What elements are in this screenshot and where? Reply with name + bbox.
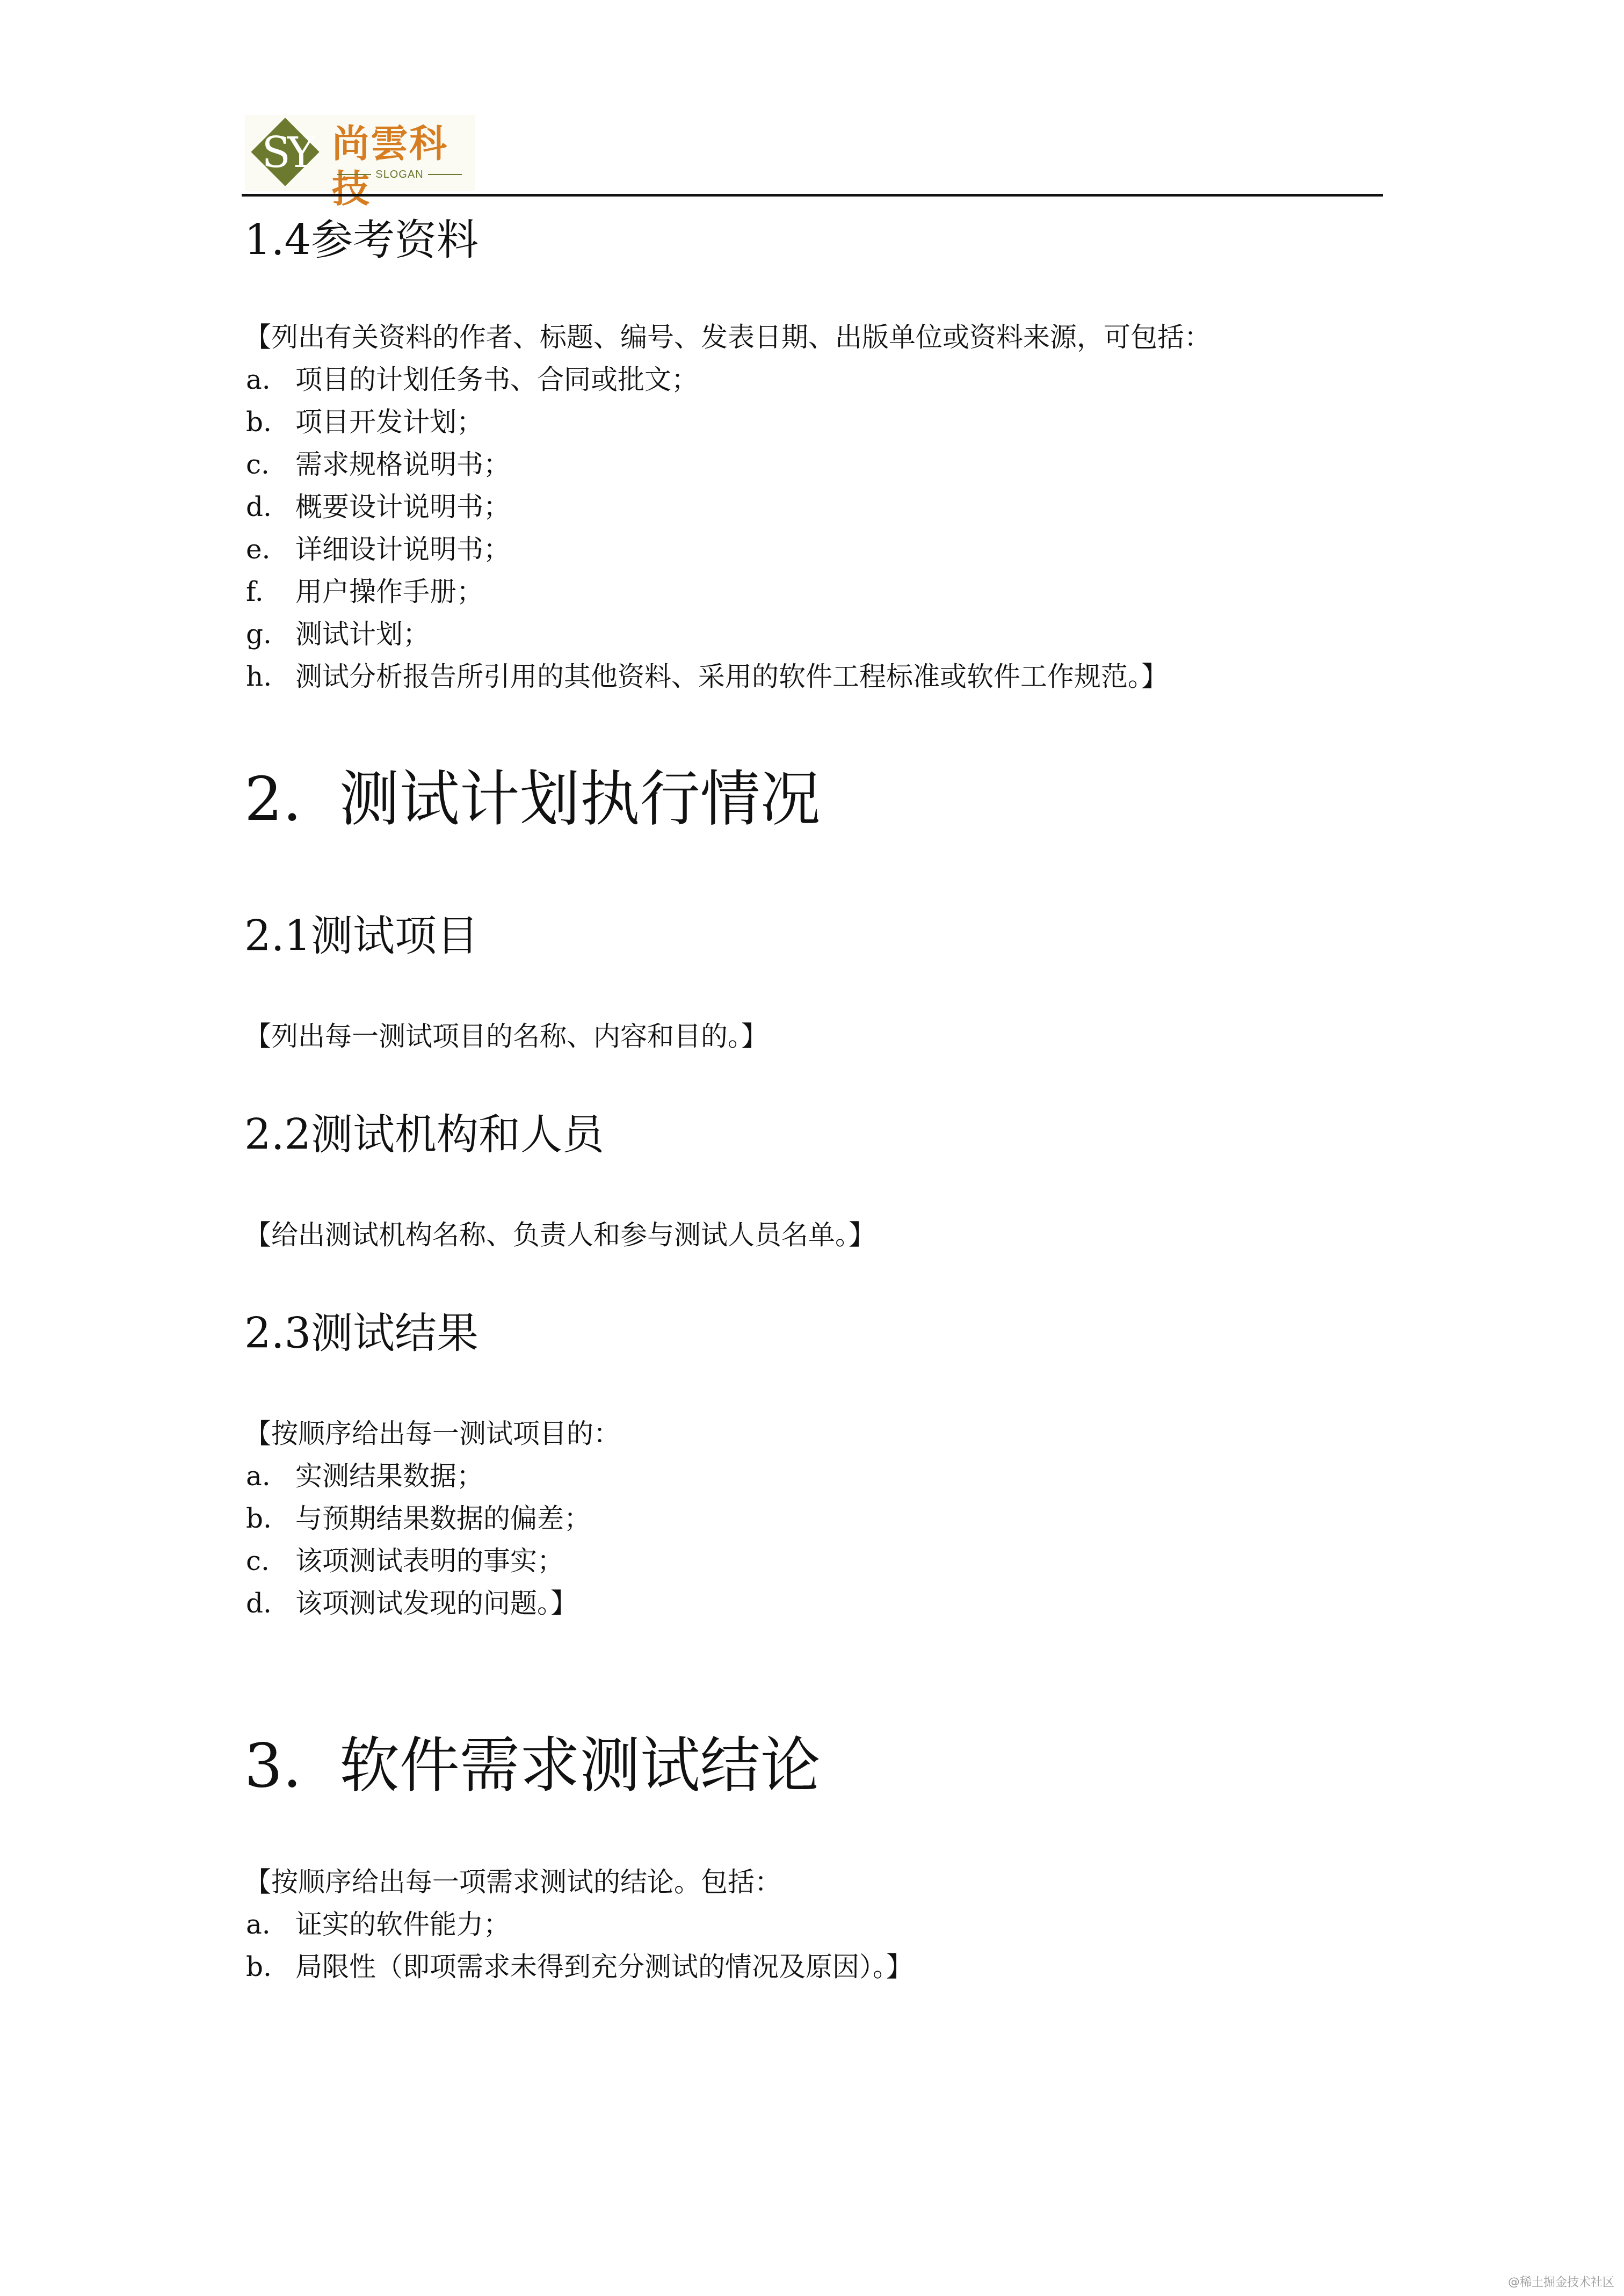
section-heading-1-4: 1.4参考资料 xyxy=(244,215,479,266)
section-number: 3. xyxy=(244,1731,302,1801)
section-heading-3: 3.软件需求测试结论 xyxy=(244,1731,821,1801)
list-text: 测试分析报告所引用的其他资料、采用的软件工程标准或软件工作规范。】 xyxy=(295,659,1168,694)
logo-slogan-row: SLOGAN xyxy=(337,166,462,183)
list-text: 该项测试发现的问题。】 xyxy=(295,1586,577,1621)
section-2-2-intro: 【给出测试机构名称、负责人和参与测试人员名单。】 xyxy=(244,1218,875,1252)
list-item: h.测试分析报告所引用的其他资料、采用的软件工程标准或软件工作规范。】 xyxy=(246,659,1168,694)
watermark: @稀土掘金技术社区 xyxy=(1508,2273,1614,2290)
list-item: d.概要设计说明书； xyxy=(246,490,510,524)
list-item: g.测试计划； xyxy=(246,617,430,651)
section-3-intro: 【按顺序给出每一项需求测试的结论。包括： xyxy=(244,1865,781,1899)
list-text: 详细设计说明书； xyxy=(295,532,510,566)
section-heading-2: 2.测试计划执行情况 xyxy=(244,765,821,834)
section-2-3-intro: 【按顺序给出每一测试项目的： xyxy=(244,1416,620,1451)
logo-mark: SY xyxy=(255,131,319,175)
list-marker: b. xyxy=(246,1950,295,1984)
section-title: 测试计划执行情况 xyxy=(339,765,821,834)
list-marker: f. xyxy=(246,575,295,609)
list-text: 证实的软件能力； xyxy=(295,1907,510,1942)
list-item: b.与预期结果数据的偏差； xyxy=(246,1501,591,1536)
list-text: 与预期结果数据的偏差； xyxy=(295,1501,591,1536)
section-1-4-intro: 【列出有关资料的作者、标题、编号、发表日期、出版单位或资料来源，可包括： xyxy=(244,320,1211,354)
list-marker: b. xyxy=(246,1501,295,1536)
list-item: d.该项测试发现的问题。】 xyxy=(246,1586,577,1621)
list-marker: b. xyxy=(246,405,295,439)
list-marker: a. xyxy=(246,1907,295,1942)
list-text: 测试计划； xyxy=(295,617,430,651)
list-marker: d. xyxy=(246,490,295,524)
list-marker: g. xyxy=(246,617,295,651)
list-item: a.证实的软件能力； xyxy=(246,1907,510,1942)
slogan-divider-left xyxy=(337,174,371,175)
list-marker: a. xyxy=(246,362,295,397)
list-text: 局限性（即项需求未得到充分测试的情况及原因）。】 xyxy=(295,1950,913,1984)
section-title: 软件需求测试结论 xyxy=(339,1731,821,1801)
list-marker: d. xyxy=(246,1586,295,1621)
list-marker: c. xyxy=(246,447,295,482)
list-item: a.项目的计划任务书、合同或批文； xyxy=(246,362,698,397)
list-text: 需求规格说明书； xyxy=(295,447,510,482)
company-logo: SY 尚雲科技 SLOGAN xyxy=(245,115,475,191)
list-text: 项目开发计划； xyxy=(295,405,483,439)
list-item: f.用户操作手册； xyxy=(246,575,483,609)
list-text: 该项测试表明的事实； xyxy=(295,1544,564,1578)
list-item: a.实测结果数据； xyxy=(246,1459,483,1493)
header-rule xyxy=(242,194,1383,197)
list-text: 实测结果数据； xyxy=(295,1459,483,1493)
section-heading-2-3: 2.3测试结果 xyxy=(244,1308,479,1360)
document-page: SY 尚雲科技 SLOGAN 1.4参考资料 【列出有关资料的作者、标题、编号、… xyxy=(0,0,1624,2296)
section-2-1-intro: 【列出每一测试项目的名称、内容和目的。】 xyxy=(244,1019,768,1053)
list-text: 用户操作手册； xyxy=(295,575,483,609)
slogan-divider-right xyxy=(428,174,462,175)
list-item: e.详细设计说明书； xyxy=(246,532,510,566)
list-text: 概要设计说明书； xyxy=(295,490,510,524)
list-item: b.局限性（即项需求未得到充分测试的情况及原因）。】 xyxy=(246,1950,913,1984)
list-marker: e. xyxy=(246,532,295,566)
section-heading-2-2: 2.2测试机构和人员 xyxy=(244,1109,604,1161)
list-marker: h. xyxy=(246,659,295,694)
list-marker: c. xyxy=(246,1544,295,1578)
list-marker: a. xyxy=(246,1459,295,1493)
section-heading-2-1: 2.1测试项目 xyxy=(244,911,479,962)
logo-slogan: SLOGAN xyxy=(375,169,423,181)
list-item: c.需求规格说明书； xyxy=(246,447,510,482)
list-text: 项目的计划任务书、合同或批文； xyxy=(295,362,698,397)
section-number: 2. xyxy=(244,765,302,834)
list-item: c.该项测试表明的事实； xyxy=(246,1544,564,1578)
list-item: b.项目开发计划； xyxy=(246,405,483,439)
